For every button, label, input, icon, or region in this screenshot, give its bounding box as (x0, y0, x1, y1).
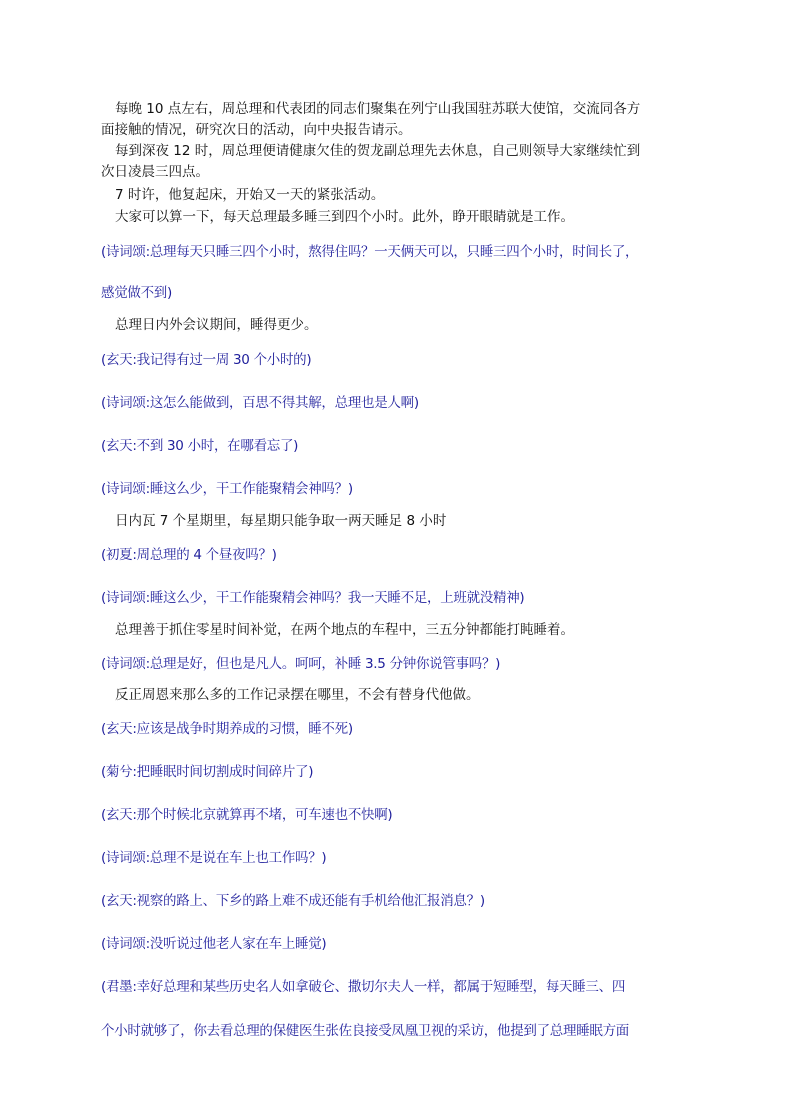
body-paragraph-line: 日内瓦 7 个星期里，每星期只能争取一两天睡足 8 小时 (115, 512, 446, 530)
body-paragraph-line: 大家可以算一下，每天总理最多睡三到四个小时。此外，睁开眼睛就是工作。 (115, 208, 574, 226)
comment-line: (玄天:不到 30 小时，在哪看忘了) (101, 437, 298, 455)
comment-line: (玄天:我记得有过一周 30 个小时的) (101, 351, 311, 369)
comment-line: (玄天:那个时候北京就算再不堵，可车速也不快啊) (101, 806, 392, 824)
comment-line: (玄天:视察的路上、下乡的路上难不成还能有手机给他汇报消息？) (101, 892, 485, 910)
comment-line: (诗词颂:总理每天只睡三四个小时，熬得住吗？一天俩天可以，只睡三四个小时，时间长… (101, 243, 638, 261)
comment-line: (诗词颂:总理不是说在车上也工作吗？) (101, 849, 326, 867)
comment-line: (初夏:周总理的 4 个昼夜吗？) (101, 546, 277, 564)
body-paragraph-line: 反正周恩来那么多的工作记录摆在哪里，不会有替身代他做。 (115, 686, 480, 704)
body-paragraph-line: 每晚 10 点左右，周总理和代表团的同志们聚集在列宁山我国驻苏联大使馆，交流同各… (115, 100, 640, 118)
comment-line: (诗词颂:总理是好，但也是凡人。呵呵，补睡 3.5 分钟你说管事吗？) (101, 655, 500, 673)
comment-line: (诗词颂:睡这么少，干工作能聚精会神吗？) (101, 480, 353, 498)
comment-line: (玄天:应该是战争时期养成的习惯，睡不死) (101, 720, 353, 738)
comment-line: (君墨:幸好总理和某些历史名人如拿破仑、撒切尔夫人一样，都属于短睡型，每天睡三、… (101, 978, 625, 996)
body-paragraph-line: 总理日内外会议期间，睡得更少。 (115, 316, 318, 334)
comment-line: (菊兮:把睡眠时间切割成时间碎片了) (101, 763, 313, 781)
comment-line: 感觉做不到) (101, 284, 172, 302)
comment-line: (诗词颂:没听说过他老人家在车上睡觉) (101, 935, 326, 953)
body-paragraph-line: 面接触的情况，研究次日的活动，向中央报告请示。 (101, 121, 412, 139)
body-paragraph-line: 总理善于抓住零星时间补觉，在两个地点的车程中，三五分钟都能打盹睡着。 (115, 621, 574, 639)
body-paragraph-line: 每到深夜 12 时，周总理便请健康欠佳的贺龙副总理先去休息，自己则领导大家继续忙… (115, 142, 640, 160)
comment-line: 个小时就够了，你去看总理的保健医生张佐良接受凤凰卫视的采访，他提到了总理睡眠方面 (101, 1022, 629, 1040)
comment-line: (诗词颂:睡这么少，干工作能聚精会神吗？我一天睡不足，上班就没精神) (101, 589, 524, 607)
comment-line: (诗词颂:这怎么能做到，百思不得其解，总理也是人啊) (101, 394, 419, 412)
body-paragraph-line: 次日凌晨三四点。 (101, 163, 209, 181)
body-paragraph-line: 7 时许，他复起床，开始又一天的紧张活动。 (115, 186, 384, 204)
